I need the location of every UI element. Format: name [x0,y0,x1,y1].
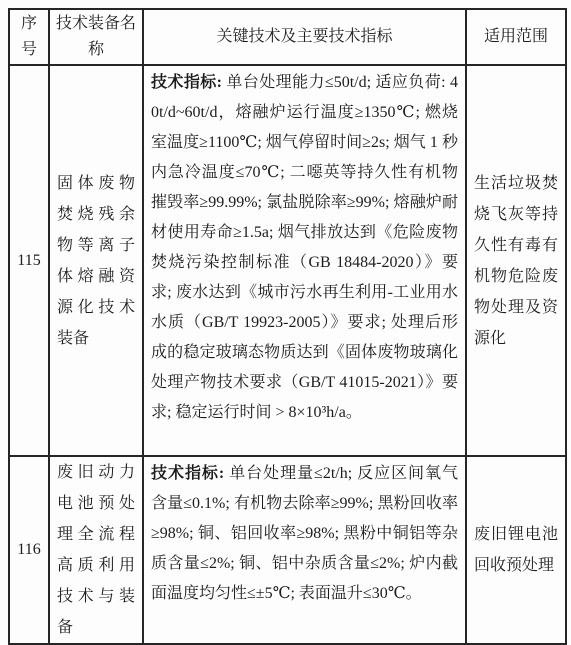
indicator-label: 技术指标: [151,465,224,482]
applicable-scope-cell: 生活垃圾焚烧飞灰等持久性有毒有机物危险废物处理及资源化 [466,65,566,456]
indicators-cell: 技术指标: 单台处理能力≤50t/d; 适应负荷: 40t/d~60t/d，熔融… [143,65,466,456]
indicator-text: 单台处理能力≤50t/d; 适应负荷: 40t/d~60t/d，熔融炉运行温度≥… [151,74,458,421]
serial-number-cell: 116 [9,456,49,644]
equipment-spec-table: 序号 技术装备名称 关键技术及主要技术指标 适用范围 115 固体废物焚烧残余物… [8,8,567,645]
applicable-scope-cell: 废旧锂电池回收预处理 [466,456,566,644]
indicators-cell: 技术指标: 单台处理量≤2t/h; 反应区间氧气含量≤0.1%; 有机物去除率≥… [143,456,466,644]
document-page: 序号 技术装备名称 关键技术及主要技术指标 适用范围 115 固体废物焚烧残余物… [0,0,571,645]
table-header-row: 序号 技术装备名称 关键技术及主要技术指标 适用范围 [9,9,566,65]
equipment-name-cell: 废旧动力电池预处理全流程高质利用技术与装备 [49,456,143,644]
table-row-116: 116 废旧动力电池预处理全流程高质利用技术与装备 技术指标: 单台处理量≤2t… [9,456,566,644]
indicator-text: 单台处理量≤2t/h; 反应区间氧气含量≤0.1%; 有机物去除率≥99%; 黑… [151,465,458,602]
header-equipment-name: 技术装备名称 [49,9,143,65]
header-serial-number: 序号 [9,9,49,65]
indicator-label: 技术指标: [151,74,222,91]
header-applicable-scope: 适用范围 [466,9,566,65]
serial-number-cell: 115 [9,65,49,456]
equipment-name-cell: 固体废物焚烧残余物等离子体熔融资源化技术装备 [49,65,143,456]
header-key-indicators: 关键技术及主要技术指标 [143,9,466,65]
table-row-115: 115 固体废物焚烧残余物等离子体熔融资源化技术装备 技术指标: 单台处理能力≤… [9,65,566,456]
